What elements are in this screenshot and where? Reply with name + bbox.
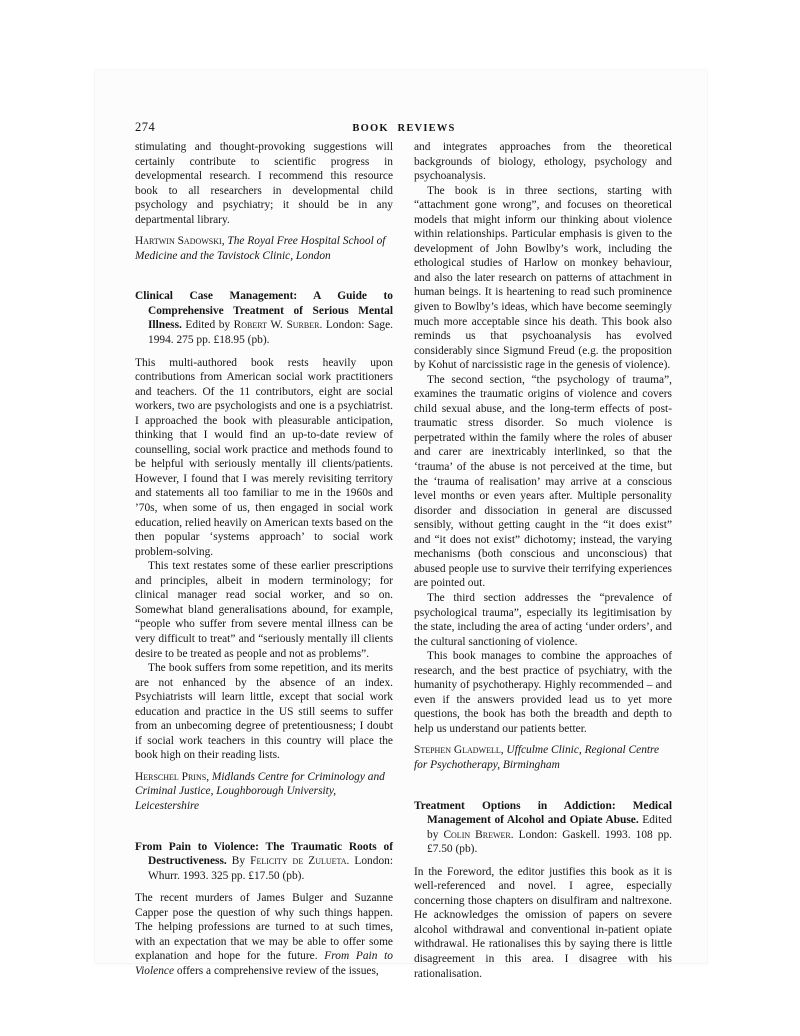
text-segment: Edited by bbox=[182, 319, 234, 331]
review-paragraph: This book manages to combine the approac… bbox=[414, 649, 672, 736]
journal-page: 274 BOOK REVIEWS stimulating and thought… bbox=[95, 70, 707, 963]
review-paragraph: This text restates some of these earlier… bbox=[135, 559, 393, 661]
text-segment: The book is in three sections, starting … bbox=[414, 185, 672, 372]
text-segment: stimulating and thought-provoking sugges… bbox=[135, 141, 393, 226]
text-segment: and integrates approaches from the theor… bbox=[414, 141, 672, 182]
review-paragraph: The recent murders of James Bulger and S… bbox=[135, 891, 393, 978]
review-paragraph: This multi-authored book rests heavily u… bbox=[135, 356, 393, 560]
text-segment: In the Foreword, the editor justifies th… bbox=[414, 866, 672, 980]
review-heading: From Pain to Violence: The Traumatic Roo… bbox=[135, 840, 393, 884]
reviewer-signature: Stephen Gladwell, Uffculme Clinic, Regio… bbox=[414, 743, 672, 772]
review-paragraph: The book suffers from some repetition, a… bbox=[135, 661, 393, 763]
text-segment: Treatment Options in Addiction: Medical … bbox=[414, 800, 672, 827]
scan-background: 274 BOOK REVIEWS stimulating and thought… bbox=[0, 0, 800, 1036]
text-segment: Stephen Gladwell, bbox=[414, 744, 504, 756]
text-segment: The third section addresses the “prevale… bbox=[414, 592, 672, 648]
running-head: BOOK REVIEWS bbox=[135, 123, 673, 134]
text-segment: offers a comprehensive review of the iss… bbox=[174, 965, 379, 977]
text-segment: Hartwin Sadowski, bbox=[135, 235, 225, 247]
text-segment: Colin Brewer bbox=[443, 829, 510, 841]
review-paragraph: The second section, “the psychology of t… bbox=[414, 373, 672, 591]
review-paragraph: and integrates approaches from the theor… bbox=[414, 140, 672, 184]
review-paragraph: stimulating and thought-provoking sugges… bbox=[135, 140, 393, 227]
reviewer-signature: Hartwin Sadowski, The Royal Free Hospita… bbox=[135, 234, 393, 263]
text-segment: This book manages to combine the approac… bbox=[414, 650, 672, 735]
text-segment: Felicity de Zulueta bbox=[250, 855, 346, 867]
right-column: and integrates approaches from the theor… bbox=[414, 140, 672, 981]
review-heading: Clinical Case Management: A Guide to Com… bbox=[135, 289, 393, 347]
review-paragraph: The book is in three sections, starting … bbox=[414, 184, 672, 373]
left-column: stimulating and thought-provoking sugges… bbox=[135, 140, 393, 978]
text-segment: Robert W. Surber bbox=[234, 319, 320, 331]
reviewer-signature: Herschel Prins, Midlands Centre for Crim… bbox=[135, 770, 393, 814]
review-paragraph: In the Foreword, the editor justifies th… bbox=[414, 865, 672, 981]
text-segment: Herschel Prins, bbox=[135, 771, 209, 783]
text-segment: The second section, “the psychology of t… bbox=[414, 374, 672, 590]
text-segment: This multi-authored book rests heavily u… bbox=[135, 357, 393, 558]
text-segment: By bbox=[227, 855, 250, 867]
review-paragraph: The third section addresses the “prevale… bbox=[414, 591, 672, 649]
text-segment: This text restates some of these earlier… bbox=[135, 560, 393, 659]
text-segment: The book suffers from some repetition, a… bbox=[135, 662, 393, 761]
review-heading: Treatment Options in Addiction: Medical … bbox=[414, 799, 672, 857]
